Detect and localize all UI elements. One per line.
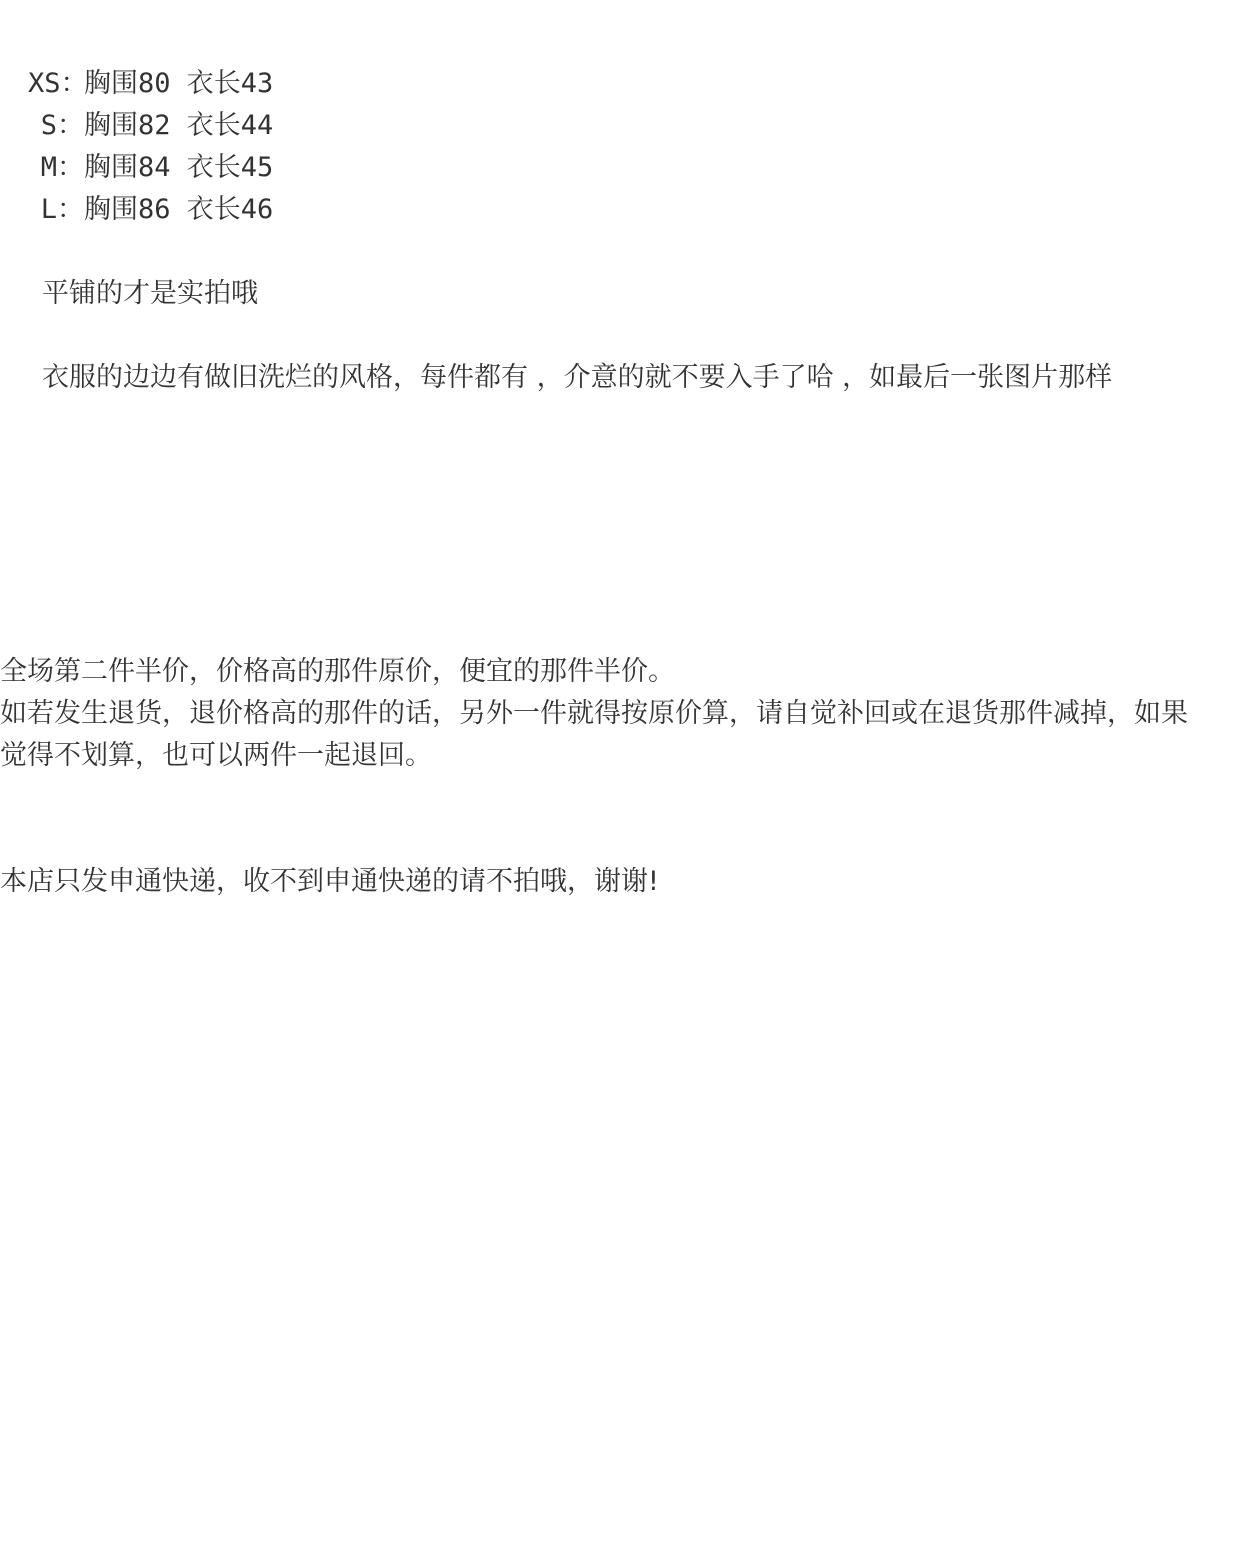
promotion-line-3: 觉得不划算，也可以两件一起退回。 [0, 735, 432, 777]
shipping-notice: 本店只发申通快递，收不到申通快递的请不拍哦，谢谢! [0, 861, 659, 903]
size-measurements: 胸围82 衣长44 [84, 110, 273, 141]
size-label: XS： [28, 63, 84, 105]
size-measurements: 胸围86 衣长46 [84, 194, 273, 225]
size-row-m: M：胸围84 衣长45 [28, 147, 273, 189]
size-measurements: 胸围84 衣长45 [84, 152, 273, 183]
size-label: M： [28, 147, 84, 189]
product-description-document: XS：胸围80 衣长43 S：胸围82 衣长44 M：胸围84 衣长45 L：胸… [0, 0, 1240, 1558]
size-label: L： [28, 189, 84, 231]
size-measurements: 胸围80 衣长43 [84, 68, 273, 99]
size-row-s: S：胸围82 衣长44 [28, 105, 273, 147]
flat-lay-note: 平铺的才是实拍哦 [42, 273, 258, 315]
size-label: S： [28, 105, 84, 147]
size-row-xs: XS：胸围80 衣长43 [28, 63, 273, 105]
distressed-style-note: 衣服的边边有做旧洗烂的风格，每件都有 ，介意的就不要入手了哈 ，如最后一张图片那… [42, 357, 1112, 399]
size-row-l: L：胸围86 衣长46 [28, 189, 273, 231]
promotion-line-1: 全场第二件半价，价格高的那件原价，便宜的那件半价。 [0, 651, 675, 693]
promotion-line-2: 如若发生退货，退价格高的那件的话，另外一件就得按原价算，请自觉补回或在退货那件减… [0, 693, 1188, 735]
